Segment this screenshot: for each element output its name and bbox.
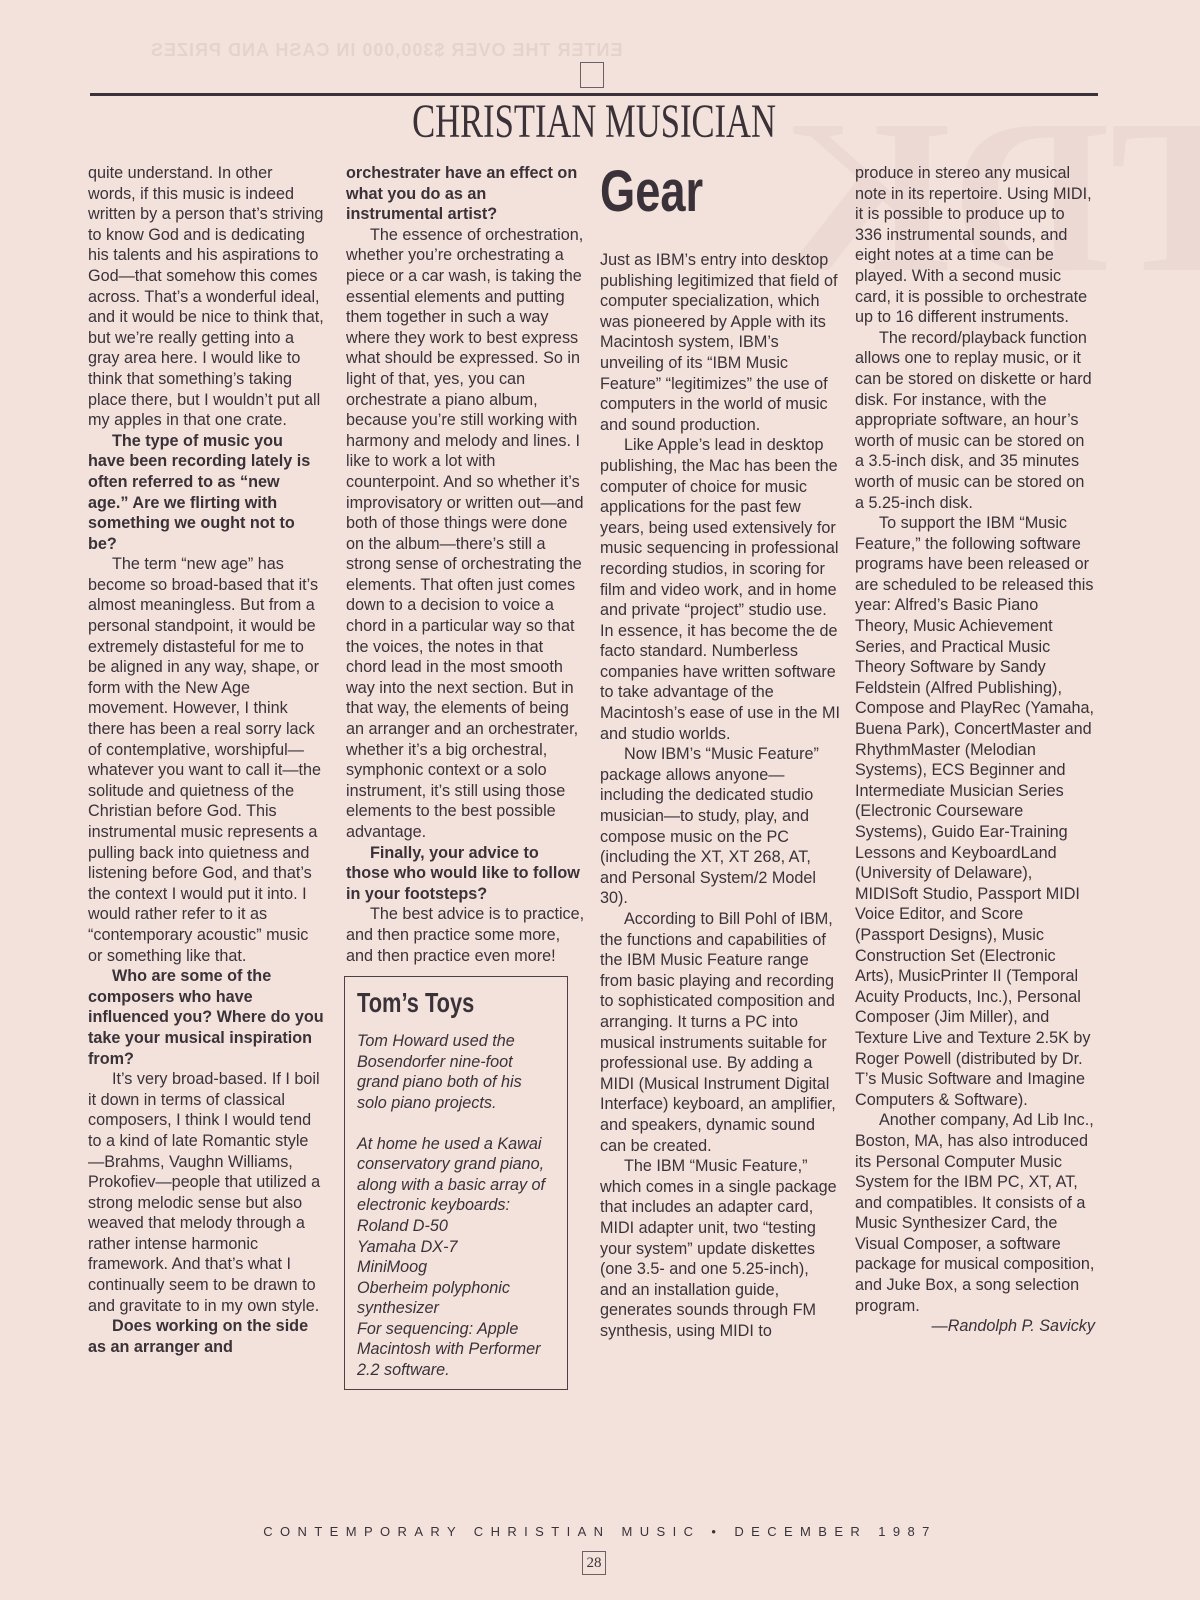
bleed-through-banner: ENTER THE OVER $300,000 IN CASH AND PRIZ… bbox=[150, 40, 622, 61]
paragraph: The record/playback function allows one … bbox=[855, 328, 1095, 513]
sidebar-home: At home he used a Kawai conservatory gra… bbox=[357, 1134, 555, 1216]
sidebar-intro: Tom Howard used the Bosendorfer nine-foo… bbox=[357, 1031, 555, 1113]
gear-list-item: Roland D-50 bbox=[357, 1216, 555, 1237]
page-number: 28 bbox=[582, 1551, 606, 1575]
publication-footer: CONTEMPORARY CHRISTIAN MUSIC • DECEMBER … bbox=[0, 1524, 1200, 1539]
paragraph: Another company, Ad Lib Inc., Boston, MA… bbox=[855, 1110, 1095, 1316]
paragraph: Like Apple’s lead in desktop publishing,… bbox=[600, 435, 840, 744]
interview-question: Finally, your advice to those who would … bbox=[346, 843, 586, 905]
gear-list-item: For sequencing: Apple Macintosh with Per… bbox=[357, 1319, 555, 1381]
gear-column-2: produce in stereo any musical note in it… bbox=[855, 163, 1095, 1337]
paragraph: The best advice is to practice, and then… bbox=[346, 904, 586, 966]
author-byline: —Randolph P. Savicky bbox=[855, 1316, 1095, 1337]
sidebar-title: Tom’s Toys bbox=[357, 987, 511, 1019]
paragraph: According to Bill Pohl of IBM, the funct… bbox=[600, 909, 840, 1156]
section-title: CHRISTIAN MUSICIAN bbox=[231, 96, 957, 148]
interview-question: Does working on the side as an arranger … bbox=[88, 1316, 324, 1357]
section-marker-box bbox=[580, 62, 604, 88]
paragraph: The essence of orchestration, whether yo… bbox=[346, 225, 586, 843]
gear-column-1: Gear Just as IBM’s entry into desktop pu… bbox=[600, 162, 840, 1341]
paragraph: To support the IBM “Music Feature,” the … bbox=[855, 513, 1095, 1110]
gear-list-item: MiniMoog bbox=[357, 1257, 555, 1278]
interview-question: Who are some of the composers who have i… bbox=[88, 966, 324, 1069]
paragraph: It’s very broad-based. If I boil it down… bbox=[88, 1069, 324, 1316]
gear-list-item: Yamaha DX-7 bbox=[357, 1237, 555, 1258]
interview-question: orchestrater have an effect on what you … bbox=[346, 163, 586, 225]
gear-list-item: Oberheim polyphonic synthesizer bbox=[357, 1278, 555, 1319]
sidebar-box-toms-toys: Tom’s Toys Tom Howard used the Bosendorf… bbox=[344, 976, 568, 1390]
gear-article-title: Gear bbox=[600, 162, 787, 226]
paragraph: Just as IBM’s entry into desktop publish… bbox=[600, 250, 840, 435]
paragraph: The term “new age” has become so broad-b… bbox=[88, 554, 324, 966]
paragraph: The IBM “Music Feature,” which comes in … bbox=[600, 1156, 840, 1341]
interview-column-1: quite understand. In other words, if thi… bbox=[88, 163, 324, 1357]
paragraph: quite understand. In other words, if thi… bbox=[88, 163, 324, 431]
paragraph: produce in stereo any musical note in it… bbox=[855, 163, 1095, 328]
interview-column-2: orchestrater have an effect on what you … bbox=[346, 163, 586, 1390]
paragraph: Now IBM’s “Music Feature” package allows… bbox=[600, 744, 840, 909]
interview-question: The type of music you have been recordin… bbox=[88, 431, 324, 555]
